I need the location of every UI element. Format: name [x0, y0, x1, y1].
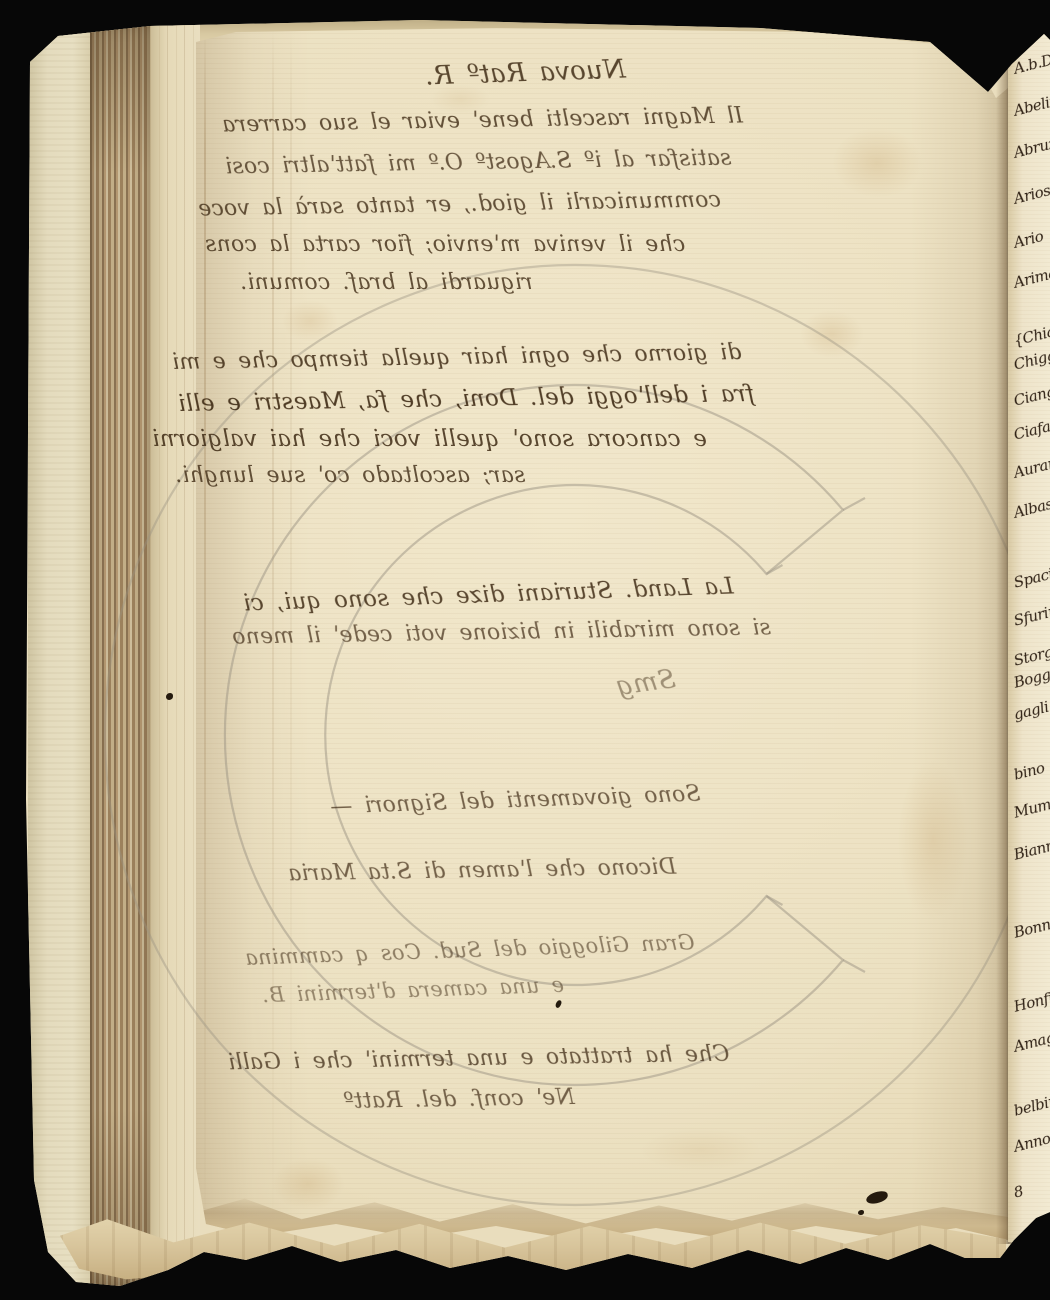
- stain: [832, 128, 922, 198]
- stain: [800, 310, 864, 358]
- torn-page-edges: [150, 24, 200, 1284]
- stain: [898, 760, 968, 920]
- paper-texture: [1008, 26, 1050, 1242]
- bleedthrough-line: e cancora sono' quelli voci che hai valg…: [152, 426, 707, 452]
- manuscript-photo: Nuova Ratº R.Il Magni rascelti bene' evi…: [0, 0, 1050, 1300]
- bleedthrough-line: che il veniva m'envio; fior carta la con…: [205, 232, 685, 257]
- book-cover-edge: [28, 24, 92, 1286]
- index-page-strip: A.b.DoniAbeliniAbruzziAriosioArioArimani…: [1008, 26, 1050, 1242]
- bleedthrough-line: sar; ascoltado co' sue lunghi.: [175, 463, 525, 488]
- book: Nuova Ratº R.Il Magni rascelti bene' evi…: [0, 0, 1050, 1300]
- stain: [272, 1158, 344, 1210]
- stain: [640, 1128, 760, 1172]
- bleedthrough-line: Ne' conf. del. Rattº: [343, 1085, 575, 1114]
- page-gutter: [90, 22, 152, 1286]
- bleedthrough-line: riguardi al braf. comuni.: [240, 270, 533, 295]
- stain: [282, 300, 338, 342]
